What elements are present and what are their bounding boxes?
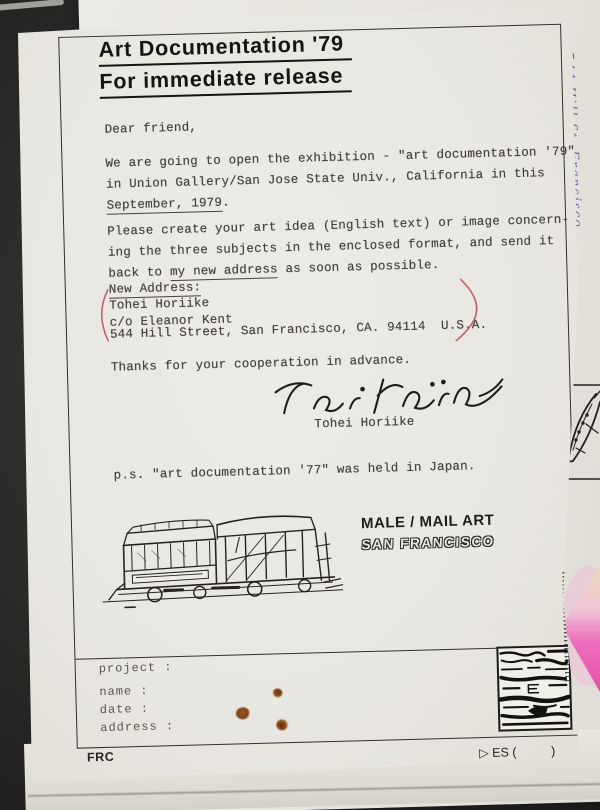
new-address-label: New Address:: [109, 280, 202, 298]
male-mail-art-stamp-text: MALE / MAIL ART: [361, 512, 495, 532]
form-label-address: address :: [100, 719, 174, 735]
page-title: Art Documentation '79: [98, 31, 352, 67]
salutation: Dear friend,: [104, 117, 197, 140]
letter-header: Art Documentation '79 For immediate rele…: [98, 31, 353, 99]
signature-typed-name: Tohei Horiike: [314, 412, 415, 436]
footer-es-label: ▷ ES ( ): [479, 743, 556, 760]
background-cable: [0, 0, 64, 11]
underlined-date: September, 1979: [106, 196, 222, 215]
underlined-new-address: my new address: [170, 262, 278, 280]
form-label-project: project :: [99, 660, 173, 676]
footer-frc-label: FRC: [87, 750, 115, 765]
red-pen-mark-right: [453, 276, 491, 345]
paragraph-2: Please create your art idea (English tex…: [107, 210, 571, 285]
letter-paper: Art Documentation '79 For immediate rele…: [0, 0, 600, 810]
cable-car-stamp-icon: [92, 489, 353, 614]
address-name: Tohei Horiike: [109, 297, 209, 313]
red-pen-mark-left: [93, 288, 114, 345]
paragraph-1: We are going to open the exhibition - "a…: [105, 141, 576, 216]
form-label-date: date :: [100, 702, 150, 717]
form-label-name: name :: [99, 684, 149, 699]
texture-stamp-icon: [496, 645, 572, 732]
